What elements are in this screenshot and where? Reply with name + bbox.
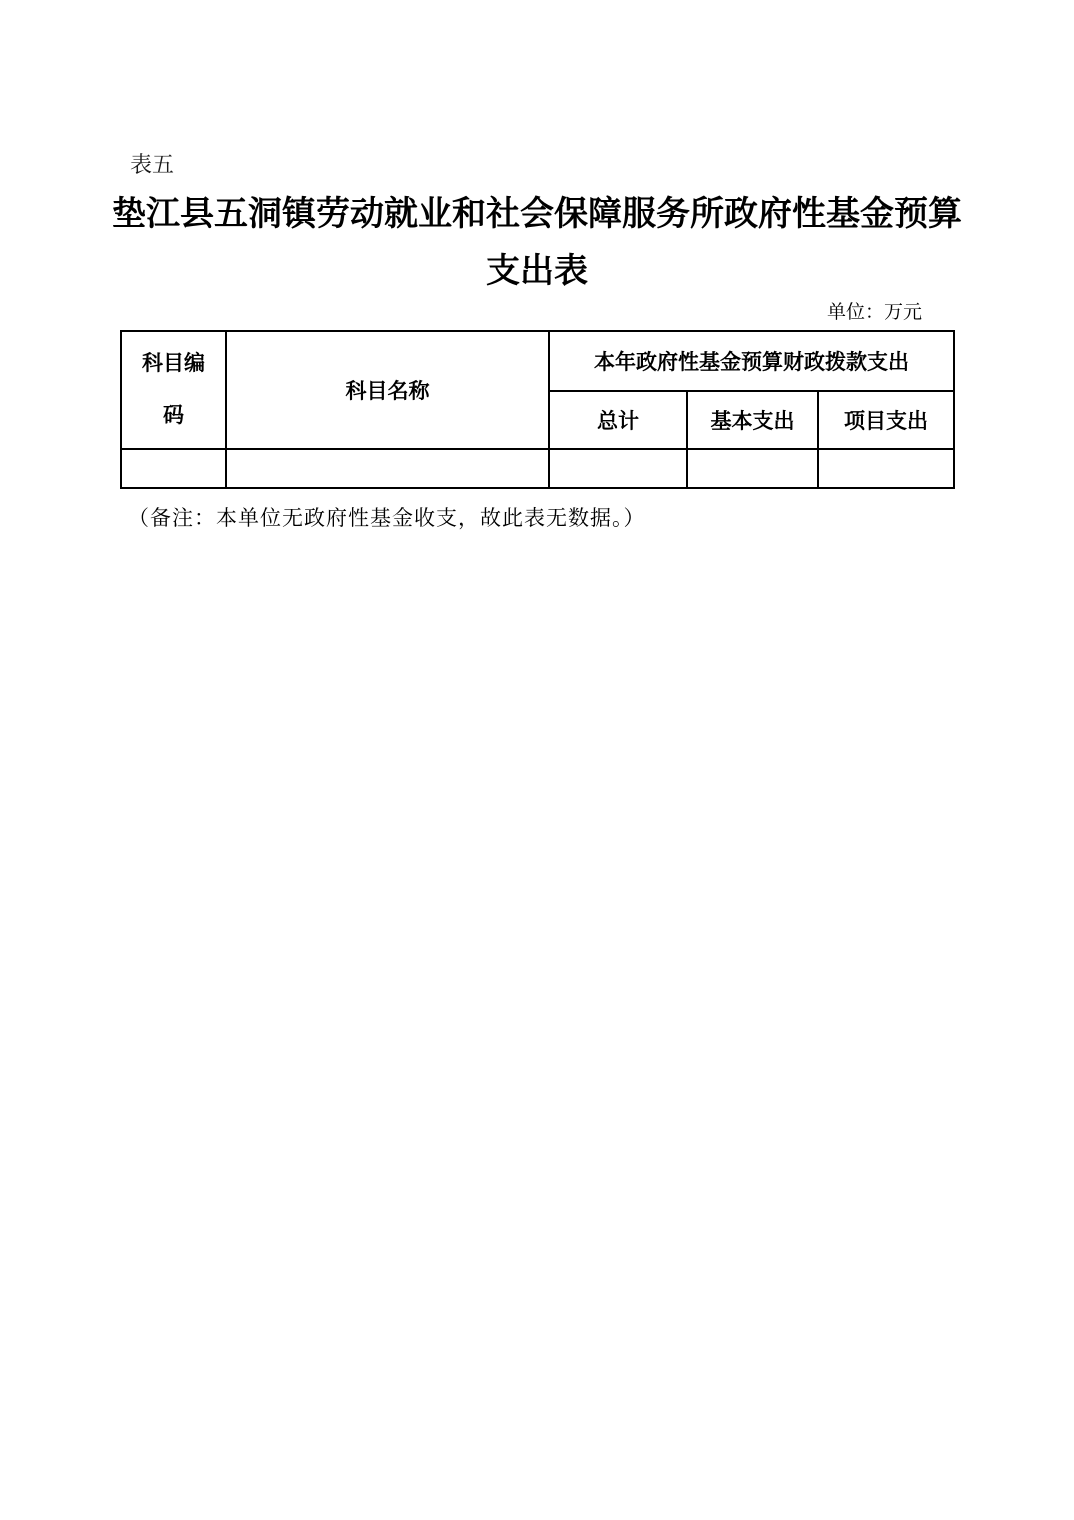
header-subject-name: 科目名称 — [226, 331, 549, 449]
header-group-fund-expenditure: 本年政府性基金预算财政拨款支出 — [549, 331, 954, 391]
document-title-line1: 垫江县五洞镇劳动就业和社会保障服务所政府性基金预算 — [0, 186, 1074, 243]
footnote: （备注：本单位无政府性基金收支，故此表无数据。） — [128, 502, 646, 534]
table-header-row-top: 科目编码 科目名称 本年政府性基金预算财政拨款支出 — [121, 331, 954, 391]
header-project-expenditure: 项目支出 — [818, 391, 954, 449]
cell-subject-code — [121, 449, 226, 488]
document-page: 表五 垫江县五洞镇劳动就业和社会保障服务所政府性基金预算 支出表 单位：万元 科… — [0, 0, 1074, 1520]
table-row — [121, 449, 954, 488]
header-subject-code-label: 科目编码 — [141, 338, 207, 442]
budget-table: 科目编码 科目名称 本年政府性基金预算财政拨款支出 总计 基本支出 项目支出 — [120, 330, 955, 489]
header-subject-code: 科目编码 — [121, 331, 226, 449]
cell-project-expenditure — [818, 449, 954, 488]
unit-note: 单位：万元 — [827, 301, 922, 325]
cell-basic-expenditure — [687, 449, 818, 488]
document-title-line2: 支出表 — [0, 243, 1074, 300]
table-number-label: 表五 — [130, 150, 174, 180]
document-title: 垫江县五洞镇劳动就业和社会保障服务所政府性基金预算 支出表 — [0, 186, 1074, 300]
header-basic-expenditure: 基本支出 — [687, 391, 818, 449]
cell-subject-name — [226, 449, 549, 488]
header-total: 总计 — [549, 391, 687, 449]
cell-total — [549, 449, 687, 488]
